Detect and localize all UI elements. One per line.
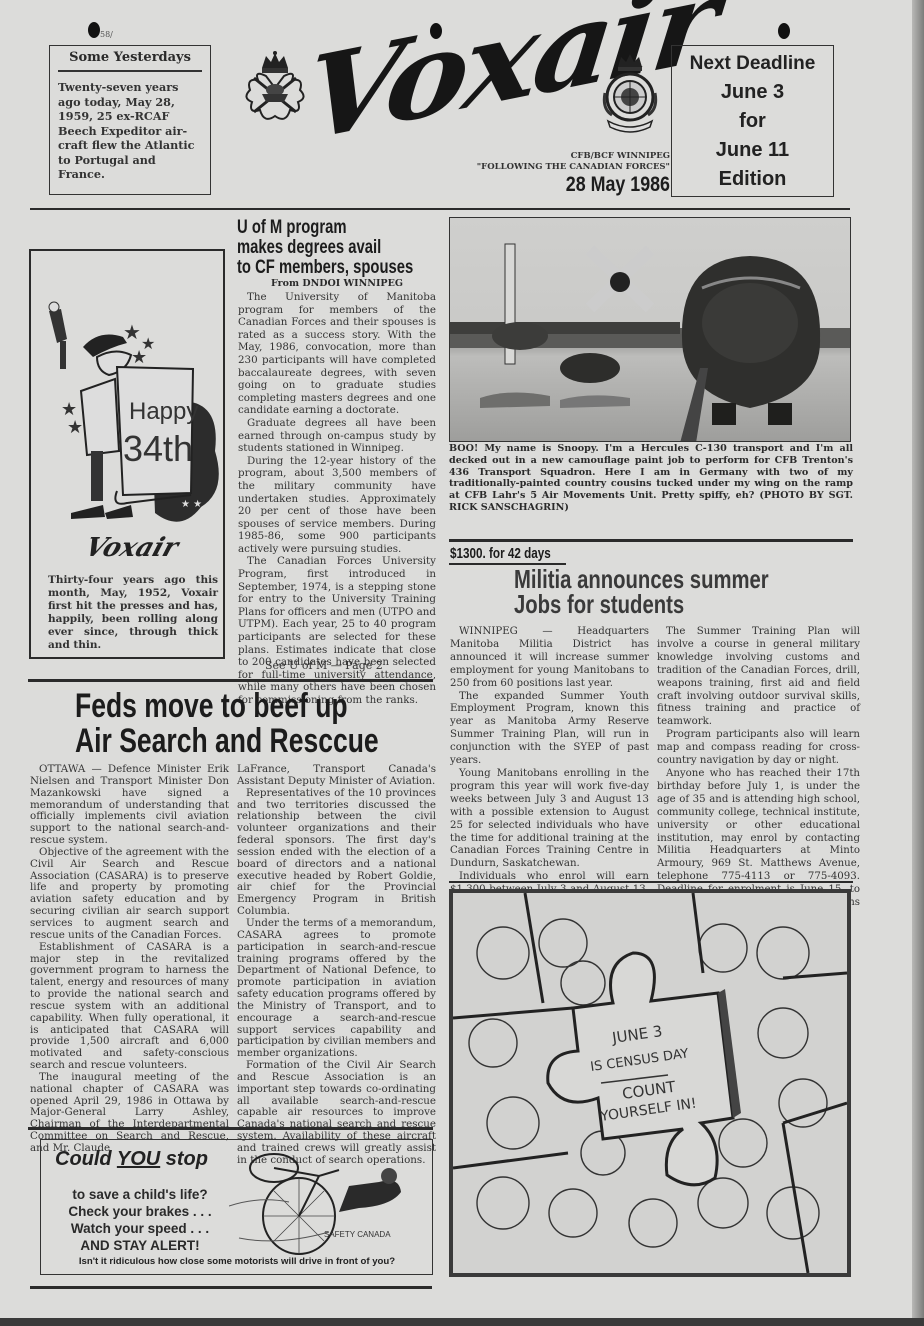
safety-canada-ad: Could YOU stop to save a child's life? C…	[40, 1139, 433, 1275]
deadline-date: June 3	[672, 78, 833, 107]
deadline-edition: Edition	[672, 165, 833, 194]
uofm-continuation[interactable]: See U of M — Page 2	[265, 659, 383, 672]
page-edge	[912, 0, 924, 1326]
ad-credit: SAFETY CANADA	[324, 1230, 391, 1239]
page-bottom-edge	[0, 1318, 924, 1326]
voxair-signature: Voxair	[81, 533, 182, 563]
militia-body-col2: The Summer Training Plan will involve a …	[657, 626, 860, 923]
ad-footer: Isn't it ridiculous how close some motor…	[47, 1256, 427, 1267]
section-rule	[28, 1127, 433, 1130]
uofm-byline: From DNDOI WINNIPEG	[237, 278, 437, 289]
section-rule	[449, 539, 853, 542]
ad-headline: Could YOU stop	[55, 1148, 208, 1171]
svg-text:★: ★	[67, 417, 83, 438]
svg-text:★: ★	[123, 320, 141, 344]
next-deadline-box: Next Deadline June 3 for June 11 Edition	[671, 45, 834, 197]
census-day-cartoon: JUNE 3 IS CENSUS DAY COUNT YOURSELF IN!	[449, 889, 851, 1277]
hercules-c130-photo	[449, 217, 851, 442]
sar-headline: Feds move to beef up Air Search and Resc…	[75, 689, 435, 759]
uofm-headline: U of M program makes degrees avail to CF…	[237, 218, 437, 278]
section-rule	[30, 1286, 432, 1289]
issue-date: 28 May 1986	[551, 173, 670, 197]
ad-lines: to save a child's life? Check your brake…	[45, 1186, 235, 1254]
militia-kicker: $1300. for 42 days	[450, 545, 579, 563]
sar-body-col1: OTTAWA — Defence Minister Erik Nielsen a…	[30, 764, 229, 1155]
canadian-forces-crest-icon	[240, 50, 310, 130]
militia-headline: Militia announces summer Jobs for studen…	[514, 567, 834, 617]
newspaper-page: 58/ Some Yesterdays Twenty-seven years a…	[0, 0, 914, 1318]
aircraft-photo-icon	[450, 218, 851, 442]
cfb-winnipeg-crest-icon	[600, 53, 660, 135]
svg-text:Happy: Happy	[129, 398, 198, 425]
masthead-rule	[30, 208, 850, 210]
puzzle-faces-illustration-icon: JUNE 3 IS CENSUS DAY COUNT YOURSELF IN!	[453, 893, 847, 1273]
page-mark: 58/	[100, 30, 113, 39]
svg-text:★: ★	[131, 347, 147, 368]
punch-hole	[778, 23, 790, 39]
section-rule	[28, 679, 433, 682]
svg-text:★ ★: ★ ★	[181, 499, 202, 510]
deadline-title: Next Deadline	[672, 49, 833, 78]
photo-caption: BOO! My name is Snoopy. I'm a Hercules C…	[449, 443, 853, 514]
some-yesterdays-text: Twenty-seven years ago today, May 28, 19…	[58, 80, 202, 182]
deadline-for: for	[672, 107, 833, 136]
anniversary-text: Thirty-four years ago this month, May, 1…	[48, 574, 218, 652]
some-yesterdays-box: Some Yesterdays Twenty-seven years ago t…	[49, 45, 211, 195]
svg-text:34th: 34th	[123, 428, 193, 469]
punch-hole	[88, 22, 100, 38]
uofm-body: The University of Manitoba program for m…	[238, 291, 436, 707]
masthead-tagline: CFB/BCF WINNIPEG "FOLLOWING THE CANADIAN…	[430, 151, 670, 173]
section-rule	[449, 881, 853, 883]
sar-body-col2: LaFrance, Transport Canada's Assistant D…	[237, 764, 436, 1167]
some-yesterdays-title: Some Yesterdays	[58, 50, 202, 72]
bicycle-accident-illustration-icon	[229, 1146, 419, 1256]
deadline-edition-date: June 11	[672, 136, 833, 165]
town-crier-illustration-icon: ★ ★ ★ ★ ★ ★ ★ ★ Happy 34th	[31, 251, 223, 571]
militia-body-col1: WINNIPEG — Headquarters Manitoba Militia…	[450, 626, 649, 923]
